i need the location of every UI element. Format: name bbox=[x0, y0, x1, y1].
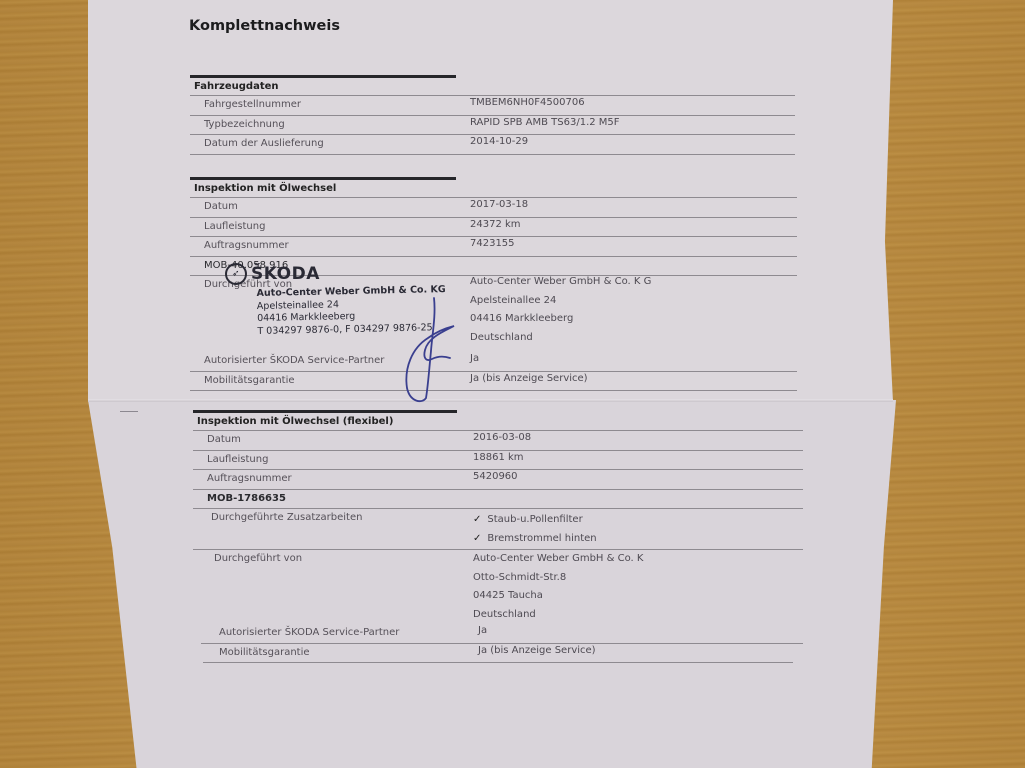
section-heading: Fahrzeugdaten bbox=[190, 78, 795, 96]
skoda-logo: ➶ ŠKODA bbox=[225, 263, 446, 285]
extra-work-item: ✓Bremstrommel hinten bbox=[473, 530, 597, 549]
table-row: Auftragsnummer 7423155 bbox=[190, 237, 797, 257]
document-title: Komplettnachweis bbox=[189, 18, 340, 34]
skoda-arrow-icon: ➶ bbox=[225, 263, 247, 285]
table-row: Autorisierter ŠKODA Service-Partner Ja bbox=[190, 352, 797, 372]
handwritten-signature bbox=[398, 296, 468, 406]
row-value: Ja bbox=[470, 353, 479, 364]
table-row: Typbezeichnung RAPID SPB AMB TS63/1.2 M5… bbox=[190, 116, 795, 136]
brand-name: ŠKODA bbox=[251, 264, 320, 284]
mob-number-row: MOB-1786635 bbox=[193, 490, 803, 510]
checkmark-icon: ✓ bbox=[473, 514, 481, 525]
row-value: 18861 km bbox=[473, 452, 524, 463]
row-value: 2016-03-08 bbox=[473, 432, 531, 443]
row-value: 5420960 bbox=[473, 471, 518, 482]
row-value: TMBEM6NH0F4500706 bbox=[470, 97, 585, 108]
row-value: 2014-10-29 bbox=[470, 136, 528, 147]
address-line: Auto-Center Weber GmbH & Co. K bbox=[473, 550, 643, 569]
extra-work-row: Durchgeführte Zusatzarbeiten ✓Staub-u.Po… bbox=[193, 509, 803, 550]
section-heading: Inspektion mit Ölwechsel (flexibel) bbox=[193, 413, 803, 431]
row-label: Autorisierter ŠKODA Service-Partner bbox=[219, 627, 399, 638]
table-row: Laufleistung 18861 km bbox=[193, 451, 803, 471]
row-label: Typbezeichnung bbox=[204, 119, 285, 130]
table-row: Mobilitätsgarantie Ja (bis Anzeige Servi… bbox=[190, 372, 797, 392]
table-row: Datum 2016-03-08 bbox=[193, 431, 803, 451]
row-label: Datum der Auslieferung bbox=[204, 138, 324, 149]
row-label: Autorisierter ŠKODA Service-Partner bbox=[204, 355, 384, 366]
row-label: Auftragsnummer bbox=[204, 240, 289, 251]
checkmark-icon: ✓ bbox=[473, 533, 481, 544]
paper-fold-line bbox=[88, 399, 893, 402]
row-value: Ja (bis Anzeige Service) bbox=[478, 645, 596, 656]
section-heading: Inspektion mit Ölwechsel bbox=[190, 180, 797, 198]
address-line: Otto-Schmidt-Str.8 bbox=[473, 569, 643, 588]
workshop-address: Auto-Center Weber GmbH & Co. K Otto-Schm… bbox=[473, 550, 643, 624]
extra-work-text: Staub-u.Pollenfilter bbox=[487, 514, 582, 525]
table-row: Datum der Auslieferung 2014-10-29 bbox=[190, 135, 795, 155]
row-label: Mobilitätsgarantie bbox=[204, 375, 295, 386]
address-line: 04416 Markkleeberg bbox=[470, 310, 651, 329]
row-label: Auftragsnummer bbox=[207, 473, 292, 484]
section-vehicle-data: Fahrzeugdaten Fahrgestellnummer TMBEM6NH… bbox=[190, 75, 795, 155]
section-inspection-2: Inspektion mit Ölwechsel (flexibel) Datu… bbox=[193, 410, 803, 663]
workshop-address: Auto-Center Weber GmbH & Co. K G Apelste… bbox=[470, 273, 651, 347]
address-line: Auto-Center Weber GmbH & Co. K G bbox=[470, 273, 651, 292]
row-value: 7423155 bbox=[470, 238, 515, 249]
row-label: Durchgeführt von bbox=[214, 553, 302, 564]
extra-work-item: ✓Staub-u.Pollenfilter bbox=[473, 511, 597, 530]
extra-work-list: ✓Staub-u.Pollenfilter ✓Bremstrommel hint… bbox=[473, 511, 597, 548]
performed-by-row: Durchgeführt von Auto-Center Weber GmbH … bbox=[193, 550, 803, 624]
row-label: Laufleistung bbox=[204, 221, 265, 232]
row-value: RAPID SPB AMB TS63/1.2 M5F bbox=[470, 117, 620, 128]
row-label: Durchgeführte Zusatzarbeiten bbox=[211, 512, 362, 523]
mob-number: MOB-1786635 bbox=[207, 493, 286, 504]
row-label: Datum bbox=[207, 434, 241, 445]
table-row: Fahrgestellnummer TMBEM6NH0F4500706 bbox=[190, 96, 795, 116]
address-line: Deutschland bbox=[470, 329, 651, 348]
row-value: 24372 km bbox=[470, 219, 521, 230]
address-line: Deutschland bbox=[473, 606, 643, 625]
row-label: Datum bbox=[204, 201, 238, 212]
row-label: Fahrgestellnummer bbox=[204, 99, 301, 110]
table-row: Laufleistung 24372 km bbox=[190, 218, 797, 238]
row-value: Ja bbox=[478, 625, 487, 636]
table-row: Autorisierter ŠKODA Service-Partner Ja bbox=[201, 624, 803, 644]
row-label: Mobilitätsgarantie bbox=[219, 647, 310, 658]
margin-mark bbox=[120, 411, 138, 412]
extra-work-text: Bremstrommel hinten bbox=[487, 533, 596, 544]
address-line: 04425 Taucha bbox=[473, 587, 643, 606]
row-value: Ja (bis Anzeige Service) bbox=[470, 373, 588, 384]
address-line: Apelsteinallee 24 bbox=[470, 292, 651, 311]
row-value: 2017-03-18 bbox=[470, 199, 528, 210]
table-row: Auftragsnummer 5420960 bbox=[193, 470, 803, 490]
row-label: Laufleistung bbox=[207, 454, 268, 465]
table-row: Datum 2017-03-18 bbox=[190, 198, 797, 218]
table-row: Mobilitätsgarantie Ja (bis Anzeige Servi… bbox=[203, 644, 793, 664]
